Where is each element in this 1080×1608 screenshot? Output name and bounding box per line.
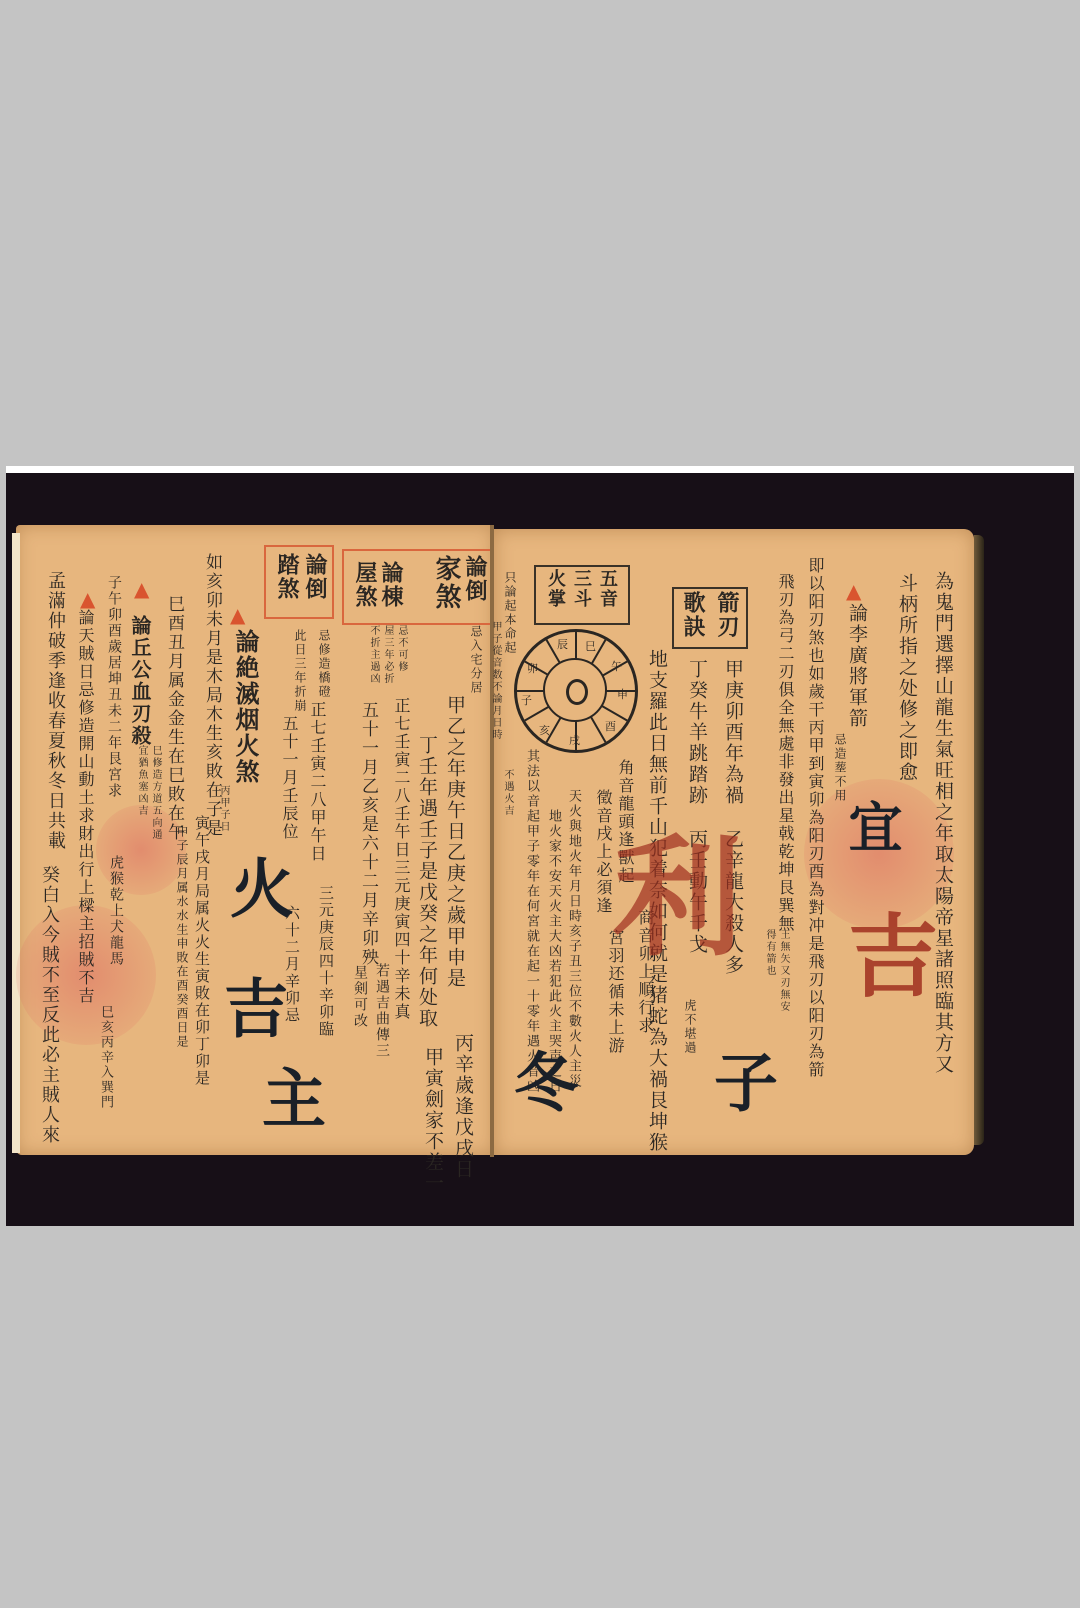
text-column: 丁癸牛羊跳踏跡	[684, 659, 711, 806]
text-column: 忌造塟不用	[832, 733, 849, 803]
text-column: 孟滿仲破季逢收春夏秋冬日共載	[42, 571, 68, 851]
text-column: 星剣可改	[350, 965, 370, 1029]
text-column: 癸白入今賊不至反此必主賊人來	[36, 865, 62, 1145]
diagram-hub	[566, 679, 588, 705]
red-seal-character: 吉	[820, 909, 950, 999]
text-column: 虎不堪過	[682, 999, 699, 1055]
text-column: 不遇火吉	[500, 769, 515, 817]
text-column: 若遇吉曲傳三	[372, 963, 392, 1059]
text-column: 王無矢又刃無安	[776, 929, 791, 1013]
text-column: 為鬼門選擇山龍生氣旺相之年取太陽帝星諸照臨其方又	[930, 571, 957, 1075]
text-column: 五十一月乙亥是六十二月辛卯殃	[356, 701, 381, 967]
text-column: 甲庚卯酉年為禍	[720, 659, 747, 806]
diagram-label: 子	[521, 692, 532, 708]
brush-mark: 吉	[204, 975, 296, 1039]
section-heading: 論絶滅烟火煞	[228, 629, 263, 785]
text-column: 申子辰月属水水生申敗在酉癸酉日是	[174, 825, 191, 1049]
diagram-label: 戌	[569, 732, 580, 748]
title-line: 論倒	[300, 553, 331, 601]
text-column: 得有箭也	[762, 929, 777, 977]
title-line: 踏煞	[272, 553, 303, 601]
diagram-label: 卯	[527, 660, 538, 676]
photo-frame: 論倒 踏煞 論倒 家煞 論棟 屋煞 忌入宅分居 甲乙之年庚午日乙庚之歲甲申是 丁…	[6, 466, 1074, 1226]
text-column: 甲乙之年庚午日乙庚之歲甲申是	[442, 695, 469, 989]
red-annotation-mark: ▲	[134, 577, 149, 601]
left-page: 論倒 踏煞 論倒 家煞 論棟 屋煞 忌入宅分居 甲乙之年庚午日乙庚之歲甲申是 丁…	[16, 525, 494, 1155]
text-column: 丙辛歲逢戊戌日	[450, 1033, 477, 1180]
text-column: 忌不可修	[394, 625, 409, 673]
brush-mark: 宜	[834, 799, 911, 853]
diagram-label: 申	[617, 686, 628, 702]
section-heading: 論李廣將軍箭	[844, 603, 871, 729]
text-column: 忌入宅分居	[468, 625, 485, 695]
diagram-label: 辰	[557, 636, 568, 652]
text-column: 不折主過凶	[366, 625, 381, 685]
text-column: 甲寅劍家不差一	[420, 1047, 447, 1194]
text-column: 忌修造橋磴	[316, 629, 333, 699]
text-column: 飛刃為弓二刃俱全無處非發出星戟乾坤艮巽無	[774, 573, 797, 933]
text-column: 論天賊日忌修造開山動土求財出行上樑主招賊不吉	[74, 609, 97, 1005]
brush-mark: 火	[210, 855, 302, 919]
title-line: 家煞	[428, 555, 465, 611]
right-page: 為鬼門選擇山龍生氣旺相之年取太陽帝星諸照臨其方又 斗柄所指之处修之即愈 ▲ 論李…	[494, 529, 974, 1155]
brush-mark: 子	[694, 1049, 786, 1113]
diagram-label: 午	[611, 658, 622, 674]
title-line: 歌訣	[678, 591, 709, 639]
text-column: 巳修造方道五向通	[148, 745, 163, 841]
text-column: 甲子從音数不論月日時	[488, 621, 503, 741]
red-annotation-mark: ▲	[846, 579, 861, 603]
text-column: 巳亥丙辛入巽門	[96, 1005, 115, 1110]
text-column: 正七壬寅二八甲午日	[306, 701, 329, 863]
text-column: 丙甲子日	[216, 785, 231, 833]
title-line: 三斗	[568, 569, 594, 609]
text-column: 即以阳刃煞也如歲干丙甲到寅卯為阳刃酉為對冲是飛刃以阳刃為箭	[804, 557, 827, 1079]
title-line: 屋煞	[350, 561, 381, 609]
text-column: 五十一月壬辰位	[278, 715, 301, 841]
text-column: 只論起本命起	[502, 571, 519, 655]
red-annotation-mark: ▲	[80, 587, 95, 611]
section-heading: 論丘公血刃殺	[126, 615, 155, 747]
text-column: 正七壬寅二八壬午日三元庚寅四十辛未真	[390, 697, 413, 1021]
five-tones-palm-diagram: 辰 巳 午 申 酉 戌 亥 子 卯	[514, 629, 638, 753]
text-column: 丁壬年遇壬子是戊癸之年何处取	[414, 735, 441, 1029]
title-line: 箭刃	[712, 591, 743, 639]
text-column: 子午卯酉歲居坤丑未二年艮宮求	[104, 575, 124, 799]
text-column: 斗柄所指之处修之即愈	[894, 573, 921, 783]
diagram-label: 亥	[539, 722, 550, 738]
text-column: 宜猶魚塞凶吉	[134, 745, 149, 817]
title-line: 火掌	[542, 569, 568, 609]
text-column: 屋三年必折	[380, 625, 395, 685]
red-seal-character: 利	[574, 829, 761, 959]
red-annotation-mark: ▲	[230, 603, 245, 627]
text-column: 巳酉丑月属金金生在巳敗在午	[162, 595, 187, 842]
text-column: 虎猴乾上犬龍馬	[106, 855, 126, 967]
diagram-label: 酉	[605, 718, 616, 734]
title-line: 五音	[594, 569, 620, 609]
brush-mark: 冬	[494, 1049, 586, 1113]
text-column: 三元庚辰四十辛卯臨	[316, 885, 337, 1038]
text-column: 其法以音起甲子零年在何宮就在起一十零年遇火音凶	[522, 749, 541, 1094]
brush-mark: 主	[242, 1065, 334, 1129]
diagram-label: 巳	[585, 638, 596, 654]
